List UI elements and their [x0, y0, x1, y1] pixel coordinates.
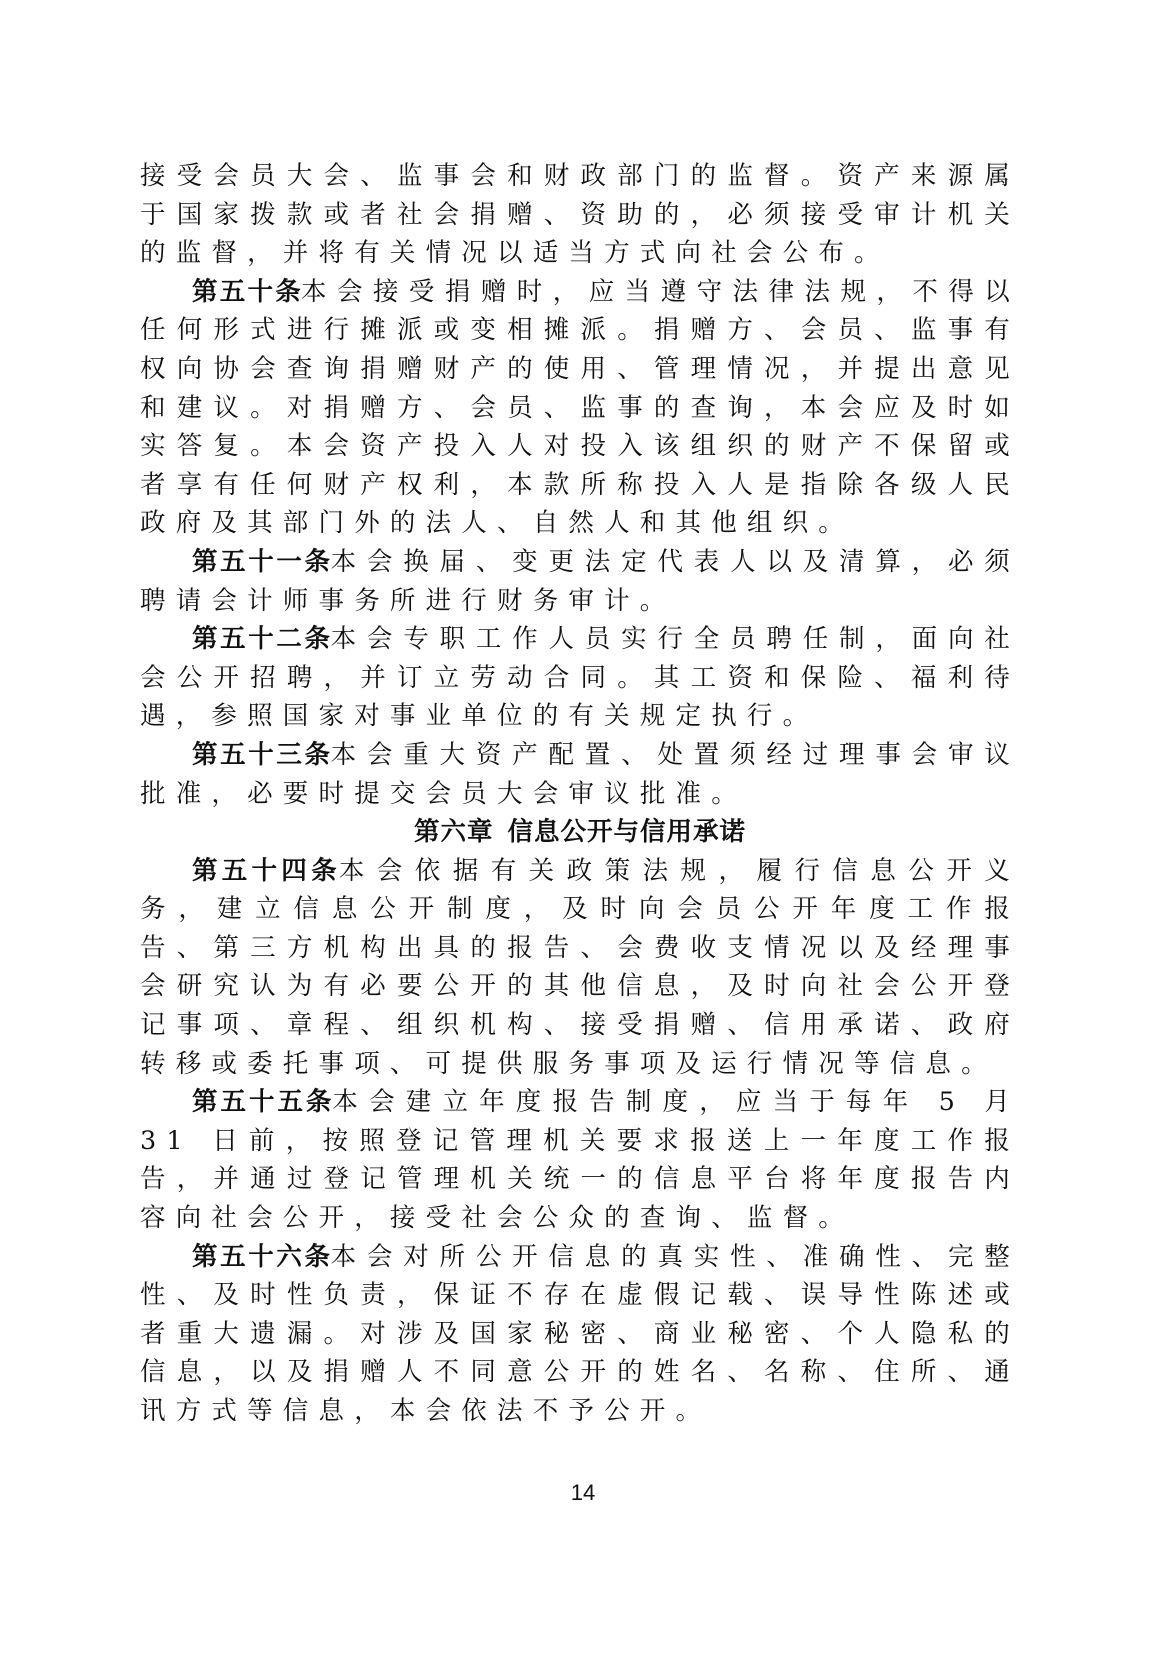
article-51: 第五十一条本会换届、变更法定代表人以及清算，必须聘请会计师事务所进行财务审计。	[140, 543, 1020, 620]
article-number: 第五十二条	[192, 624, 333, 654]
article-54: 第五十四条本会依据有关政策法规，履行信息公开义务，建立信息公开制度，及时向会员公…	[140, 852, 1020, 1084]
article-number: 第五十五条	[192, 1087, 334, 1117]
page-number: 14	[0, 1480, 1166, 1506]
article-50: 第五十条本会接受捐赠时，应当遵守法律法规，不得以任何形式进行摊派或变相摊派。捐赠…	[140, 273, 1020, 543]
chapter-heading: 第六章信息公开与信用承诺	[140, 813, 1020, 852]
paragraph-text: 接受会员大会、监事会和财政部门的监督。资产来源属于国家拨款或者社会捐赠、资助的，…	[140, 161, 1020, 268]
article-53: 第五十三条本会重大资产配置、处置须经过理事会审议批准，必要时提交会员大会审议批准…	[140, 736, 1020, 813]
article-55: 第五十五条本会建立年度报告制度，应当于每年 5 月 31 日前，按照登记管理机关…	[140, 1083, 1020, 1237]
chapter-number: 第六章	[414, 817, 494, 847]
article-number: 第五十六条	[192, 1242, 333, 1272]
article-56: 第五十六条本会对所公开信息的真实性、准确性、完整性、及时性负责，保证不存在虚假记…	[140, 1238, 1020, 1431]
chapter-title: 信息公开与信用承诺	[508, 817, 747, 847]
paragraph-text: 本会接受捐赠时，应当遵守法律法规，不得以任何形式进行摊派或变相摊派。捐赠方、会员…	[140, 277, 1020, 539]
paragraph-continuation: 接受会员大会、监事会和财政部门的监督。资产来源属于国家拨款或者社会捐赠、资助的，…	[140, 157, 1020, 273]
document-page: 接受会员大会、监事会和财政部门的监督。资产来源属于国家拨款或者社会捐赠、资助的，…	[140, 157, 1020, 1431]
article-number: 第五十一条	[192, 547, 333, 577]
article-number: 第五十条	[192, 277, 303, 307]
article-number: 第五十四条	[192, 856, 341, 886]
article-number: 第五十三条	[192, 740, 333, 770]
article-52: 第五十二条本会专职工作人员实行全员聘任制，面向社会公开招聘，并订立劳动合同。其工…	[140, 620, 1020, 736]
paragraph-text: 本会依据有关政策法规，履行信息公开义务，建立信息公开制度，及时向会员公开年度工作…	[140, 856, 1020, 1079]
